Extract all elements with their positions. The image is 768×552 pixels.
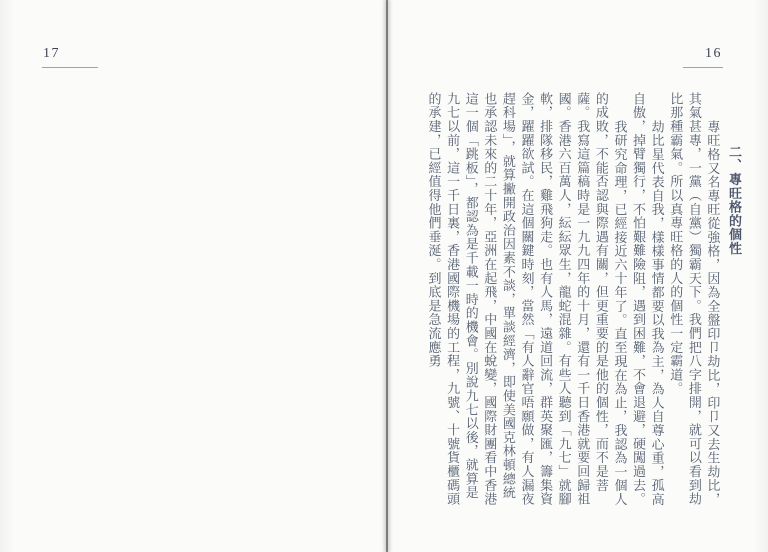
page-number-rule-left [42, 67, 98, 68]
body-paragraph: 我研究命理，已經接近六十年了。直至現在為止，我認為一個人的成敗，不能否認與際遇有… [424, 92, 629, 507]
body-paragraph: 劫比星代表自我，樣樣事情都要以我為主，為人自尊心重，孤高自傲，掉臂獨行，不怕艱難… [628, 92, 665, 507]
book-spread: 17 退，還是混水好摸魚，將來自會分曉。我現在只想借題發揮，談談命理。我想：若是… [0, 0, 768, 552]
body-paragraph: 專旺格又名專旺從強格，因為全盤印卩劫比，印卩又去生劫比，其氣甚專，一黨（自黨）獨… [666, 92, 722, 507]
text-block-right: 二、專旺格的個性專旺格又名專旺從強格，因為全盤印卩劫比，印卩又去生劫比，其氣甚專… [424, 92, 746, 507]
section-heading: 二、專旺格的個性 [724, 92, 743, 507]
page-16: 16 二、專旺格的個性專旺格又名專旺從強格，因為全盤印卩劫比，印卩又去生劫比，其… [388, 0, 768, 552]
page-number-right: 16 [705, 46, 722, 62]
page-number-left: 17 [43, 46, 60, 62]
page-number-rule-right [683, 67, 723, 68]
page-17: 17 退，還是混水好摸魚，將來自會分曉。我現在只想借題發揮，談談命理。我想：若是… [0, 0, 386, 552]
